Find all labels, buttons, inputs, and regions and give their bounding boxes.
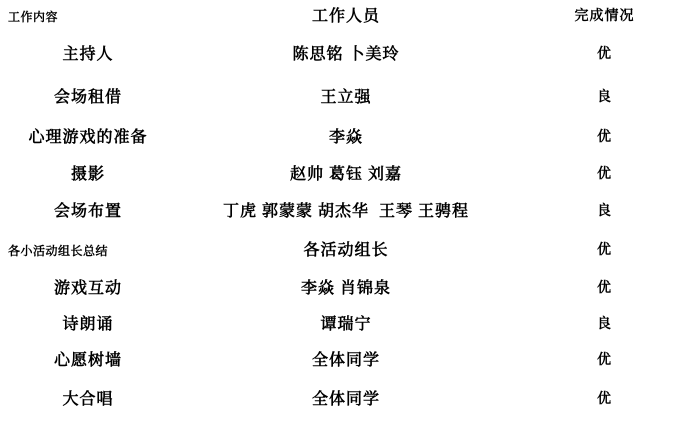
table-row: 诗朗诵 谭瑞宁 良 xyxy=(0,307,693,343)
task-cell: 心理游戏的准备 xyxy=(0,119,176,156)
task-cell: 诗朗诵 xyxy=(0,307,176,343)
table-row: 游戏互动 李焱 肖锦泉 优 xyxy=(0,270,693,307)
staff-cell: 谭瑞宁 xyxy=(176,307,516,343)
status-cell: 良 xyxy=(516,76,693,119)
staff-cell: 李焱 xyxy=(176,119,516,156)
staff-cell: 李焱 肖锦泉 xyxy=(176,270,516,307)
task-cell: 心愿树墙 xyxy=(0,343,176,379)
status-cell: 优 xyxy=(516,270,693,307)
task-cell: 游戏互动 xyxy=(0,270,176,307)
table-row: 主持人 陈思铭 卜美玲 优 xyxy=(0,33,693,76)
staff-cell: 丁虎 郭蒙蒙 胡杰华 王琴 王骋程 xyxy=(176,193,516,231)
table-row: 心愿树墙 全体同学 优 xyxy=(0,343,693,379)
task-cell: 主持人 xyxy=(0,33,176,76)
staff-cell: 全体同学 xyxy=(176,379,516,421)
table-header-row: 工作内容 工作人员 完成情况 xyxy=(0,0,693,33)
task-cell: 各小活动组长总结 xyxy=(0,231,176,270)
status-cell: 良 xyxy=(516,307,693,343)
status-cell: 优 xyxy=(516,379,693,421)
table-row: 心理游戏的准备 李焱 优 xyxy=(0,119,693,156)
work-assignment-table: 工作内容 工作人员 完成情况 主持人 陈思铭 卜美玲 优 会场租借 王立强 良 … xyxy=(0,0,693,421)
status-cell: 优 xyxy=(516,231,693,270)
table-row: 摄影 赵帅 葛钰 刘嘉 优 xyxy=(0,156,693,193)
column-header-staff: 工作人员 xyxy=(176,0,516,33)
column-header-task: 工作内容 xyxy=(0,0,176,33)
table-row: 会场布置 丁虎 郭蒙蒙 胡杰华 王琴 王骋程 良 xyxy=(0,193,693,231)
staff-cell: 赵帅 葛钰 刘嘉 xyxy=(176,156,516,193)
status-cell: 优 xyxy=(516,156,693,193)
staff-cell: 全体同学 xyxy=(176,343,516,379)
column-header-status: 完成情况 xyxy=(516,0,693,33)
staff-cell: 王立强 xyxy=(176,76,516,119)
status-cell: 良 xyxy=(516,193,693,231)
task-cell: 大合唱 xyxy=(0,379,176,421)
table-row: 大合唱 全体同学 优 xyxy=(0,379,693,421)
status-cell: 优 xyxy=(516,33,693,76)
task-cell: 会场布置 xyxy=(0,193,176,231)
status-cell: 优 xyxy=(516,343,693,379)
task-cell: 摄影 xyxy=(0,156,176,193)
staff-cell: 陈思铭 卜美玲 xyxy=(176,33,516,76)
status-cell: 优 xyxy=(516,119,693,156)
table-row: 各小活动组长总结 各活动组长 优 xyxy=(0,231,693,270)
staff-cell: 各活动组长 xyxy=(176,231,516,270)
task-cell: 会场租借 xyxy=(0,76,176,119)
table-row: 会场租借 王立强 良 xyxy=(0,76,693,119)
